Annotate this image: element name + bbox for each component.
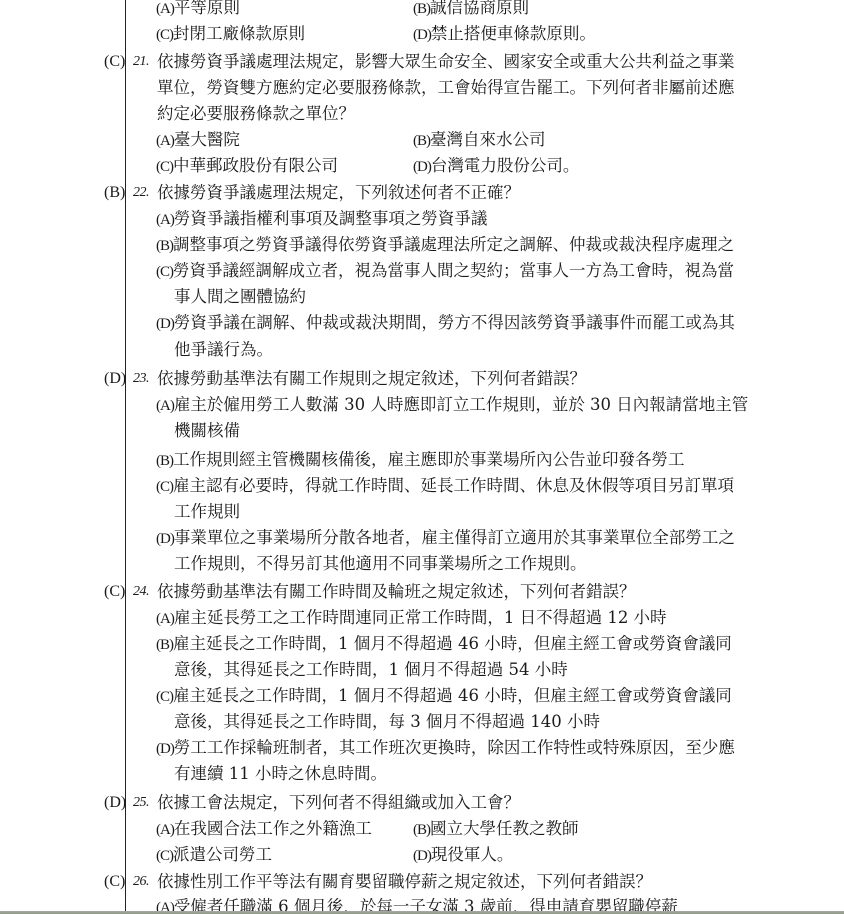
option-q24-c: (C)雇主延長之工作時間，1 個月不得超過 46 小時，但雇主經工會或勞資會議同	[156, 686, 732, 706]
option-q25-d: (D)現役軍人。	[413, 845, 513, 865]
option-q22-d: (D)勞資爭議在調解、仲裁或裁決期間，勞方不得因該勞資爭議事件而罷工或為其	[156, 313, 735, 333]
question-number-q23: 23.	[133, 369, 149, 389]
answer-column-divider	[125, 0, 126, 912]
question-number-q21: 21.	[133, 52, 149, 72]
question-stem-q21-line1: 依據勞資爭議處理法規定，影響大眾生命安全、國家安全或重大公共利益之事業	[157, 52, 735, 72]
option-q23-b: (B)工作規則經主管機關核備後，雇主應即於事業場所內公告並印發各勞工	[156, 450, 685, 470]
option-q21-d: (D)台灣電力股份公司。	[413, 156, 579, 176]
question-number-q25: 25.	[133, 793, 149, 813]
option-q24-d-cont: 有連續 11 小時之休息時間。	[174, 764, 387, 784]
option-q24-b-cont: 意後，其得延長之工作時間，1 個月不得超過 54 小時	[174, 660, 568, 680]
option-q23-d-cont: 工作規則，不得另訂其他適用不同事業場所之工作規則。	[174, 554, 587, 574]
question-stem-q26: 依據性別工作平等法有關育嬰留職停薪之規定敘述，下列何者錯誤？	[157, 872, 652, 892]
answer-q26: (C)	[104, 872, 125, 892]
option-q22-a: (A)勞資爭議指權利事項及調整事項之勞資爭議	[156, 209, 487, 229]
option-q23-a-cont: 機關核備	[174, 421, 240, 441]
option-q22-c: (C)勞資爭議經調解成立者，視為當事人間之契約；當事人一方為工會時，視為當	[156, 261, 734, 281]
option-q23-a: (A)雇主於僱用勞工人數滿 30 人時應即訂立工作規則，並於 30 日內報請當地…	[156, 395, 748, 415]
answer-q25: (D)	[104, 793, 126, 813]
option-q22-b: (B)調整事項之勞資爭議得依勞資爭議處理法所定之調解、仲裁或裁決程序處理之	[156, 235, 734, 255]
question-stem-q21-line3: 約定必要服務條款之單位？	[157, 104, 355, 124]
question-number-q24: 24.	[133, 582, 149, 602]
question-stem-q22: 依據勞資爭議處理法規定，下列敘述何者不正確？	[157, 183, 520, 203]
option-q23-d: (D)事業單位之事業場所分散各地者，雇主僅得訂立適用於其事業單位全部勞工之	[156, 528, 735, 548]
option-q21-b: (B)臺灣自來水公司	[413, 130, 546, 150]
option-q20-d: (D)禁止搭便車條款原則。	[413, 24, 596, 44]
option-q25-b: (B)國立大學任教之教師	[413, 819, 579, 839]
option-q23-c-cont: 工作規則	[174, 502, 240, 522]
option-q24-d: (D)勞工工作採輪班制者，其工作班次更換時，除因工作特性或特殊原因，至少應	[156, 738, 735, 758]
option-q25-c: (C)派遣公司勞工	[156, 845, 272, 865]
answer-q21: (C)	[104, 52, 125, 72]
option-q20-c: (C)封閉工廠條款原則	[156, 24, 305, 44]
option-q24-c-cont: 意後，其得延長之工作時間，每 3 個月不得超過 140 小時	[174, 712, 600, 732]
option-q20-a: (A)平等原則	[156, 0, 240, 18]
answer-q24: (C)	[104, 582, 125, 602]
option-q24-a: (A)雇主延長勞工之工作時間連同正常工作時間，1 日不得超過 12 小時	[156, 608, 667, 628]
option-q20-b: (B)誠信協商原則	[413, 0, 529, 18]
option-q25-a: (A)在我國合法工作之外籍漁工	[156, 819, 372, 839]
option-q24-b: (B)雇主延長之工作時間，1 個月不得超過 46 小時，但雇主經工會或勞資會議同	[156, 634, 732, 654]
option-q22-c-cont: 事人間之團體協約	[174, 287, 306, 307]
question-stem-q24: 依據勞動基準法有關工作時間及輪班之規定敘述，下列何者錯誤？	[157, 582, 636, 602]
option-q23-c: (C)雇主認有必要時，得就工作時間、延長工作時間、休息及休假等項目另訂單項	[156, 476, 734, 496]
question-number-q22: 22.	[133, 183, 149, 203]
question-stem-q23: 依據勞動基準法有關工作規則之規定敘述，下列何者錯誤？	[157, 369, 586, 389]
answer-q23: (D)	[104, 369, 126, 389]
question-stem-q21-line2: 單位，勞資雙方應約定必要服務條款，工會始得宣告罷工。下列何者非屬前述應	[157, 78, 735, 98]
option-q21-a: (A)臺大醫院	[156, 130, 240, 150]
option-q21-c: (C)中華郵政股份有限公司	[156, 156, 338, 176]
exam-page: (A)平等原則 (B)誠信協商原則 (C)封閉工廠條款原則 (D)禁止搭便車條款…	[0, 0, 844, 912]
question-number-q26: 26.	[133, 872, 149, 892]
answer-q22: (B)	[104, 183, 125, 203]
question-stem-q25: 依據工會法規定，下列何者不得組織或加入工會？	[157, 793, 520, 813]
option-q22-d-cont: 他爭議行為。	[174, 340, 273, 360]
